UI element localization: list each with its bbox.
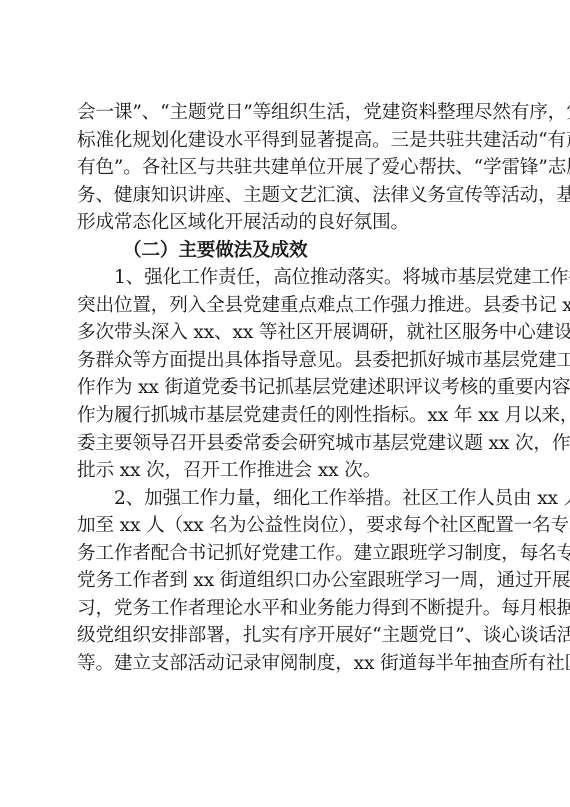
body-line: 等。建立支部活动记录审阅制度，xx 街道每半年抽查所有社区党	[77, 650, 495, 678]
body-line: 习，党务工作者理论水平和业务能力得到不断提升。每月根据上	[77, 595, 495, 623]
body-line: 会一课”、“主题党日”等组织生活，党建资料整理尽然有序，党建	[77, 99, 495, 127]
body-line: 委主要领导召开县委常委会研究城市基层党建议题 xx 次，作出	[77, 430, 495, 458]
body-line: 作为履行抓城市基层党建责任的刚性指标。xx 年 xx 月以来，县	[77, 402, 495, 430]
body-line: 务群众等方面提出具体指导意见。县委把抓好城市基层党建工	[77, 347, 495, 375]
body-line: 务工作者配合书记抓好党建工作。建立跟班学习制度，每名专职	[77, 540, 495, 568]
body-line: 务、健康知识讲座、主题文艺汇演、法律义务宣传等活动，基本	[77, 182, 495, 210]
body-line: 形成常态化区域化开展活动的良好氛围。	[77, 209, 495, 237]
body-line: 标准化规划化建设水平得到显著提高。三是共驻共建活动“有声	[77, 127, 495, 155]
body-line: 批示 xx 次，召开工作推进会 xx 次。	[77, 457, 495, 485]
body-line: 级党组织安排部署，扎实有序开展好“主题党日”、谈心谈话活动	[77, 622, 495, 650]
document-page: 会一课”、“主题党日”等组织生活，党建资料整理尽然有序，党建 标准化规划化建设水…	[77, 99, 495, 677]
body-line: 党务工作者到 xx 街道组织口办公室跟班学习一周，通过开展学	[77, 567, 495, 595]
paragraph-2-start: 2、加强工作力量，细化工作举措。社区工作人员由 xx 人增	[77, 485, 495, 513]
section-heading: （二）主要做法及成效	[77, 237, 495, 265]
body-line: 加至 xx 人（xx 名为公益性岗位），要求每个社区配置一名专职党	[77, 512, 495, 540]
paragraph-1-start: 1、强化工作责任，高位推动落实。将城市基层党建工作摆在	[77, 264, 495, 292]
body-line: 有色”。各社区与共驻共建单位开展了爱心帮扶、“学雷锋”志愿服	[77, 154, 495, 182]
body-line: 作作为 xx 街道党委书记抓基层党建述职评议考核的重要内容，	[77, 374, 495, 402]
body-line: 突出位置，列入全县党建重点难点工作强力推进。县委书记 xx	[77, 292, 495, 320]
body-line: 多次带头深入 xx、xx 等社区开展调研，就社区服务中心建设、服	[77, 319, 495, 347]
